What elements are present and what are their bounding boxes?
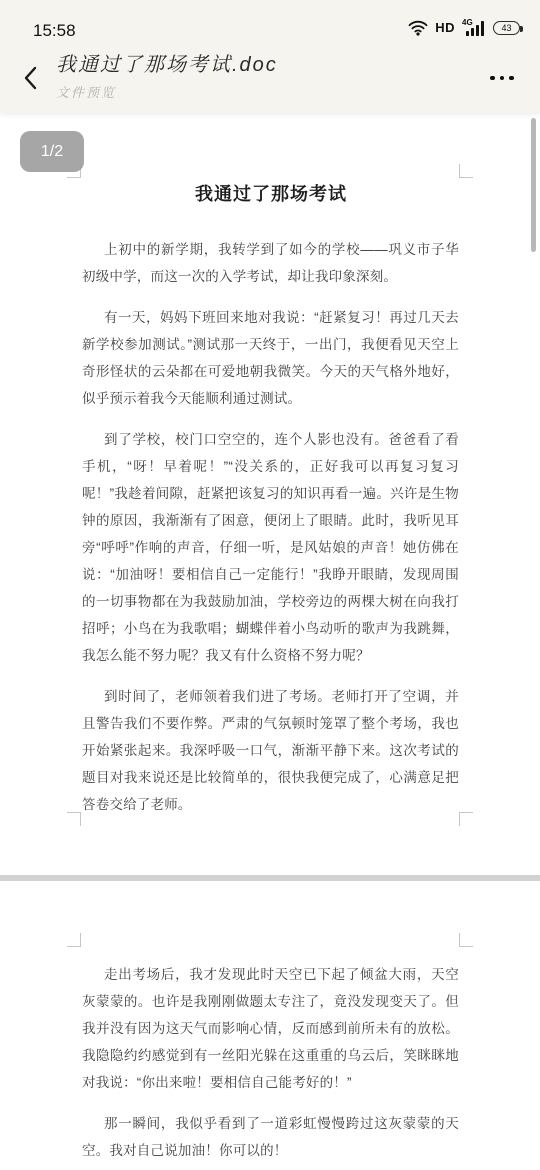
battery-icon: 43 bbox=[493, 21, 520, 35]
page1-corner-mark-bottom-right bbox=[459, 812, 473, 826]
scrollbar-thumb[interactable] bbox=[531, 118, 536, 252]
wifi-icon bbox=[408, 20, 428, 36]
page-indicator-badge: 1/2 bbox=[20, 131, 84, 172]
battery-nub bbox=[520, 26, 522, 32]
app-header: 我通过了那场考试.doc 文件预览 bbox=[0, 44, 540, 113]
document-filename: 我通过了那场考试.doc bbox=[56, 50, 278, 80]
paragraph: 那一瞬间，我似乎看到了一道彩虹慢慢跨过这灰蒙蒙的天空。我对自己说加油！你可以的！ bbox=[82, 1110, 459, 1164]
page1-corner-mark-bottom-left bbox=[67, 812, 81, 826]
paragraph: 上初中的新学期，我转学到了如今的学校——巩义市子华初级中学，而这一次的入学考试，… bbox=[82, 236, 459, 290]
paragraph: 到时间了，老师领着我们进了考场。老师打开了空调，并且警告我们不要作弊。严肃的气氛… bbox=[82, 683, 459, 818]
clock: 15:58 bbox=[33, 21, 76, 41]
file-preview-label: 文件预览 bbox=[56, 82, 278, 101]
page1-corner-mark-top-right bbox=[459, 164, 473, 178]
chevron-left-icon bbox=[24, 66, 37, 90]
header-titles: 我通过了那场考试.doc 文件预览 bbox=[56, 50, 278, 101]
top-bar: 15:58 HD 4G 43 bbox=[0, 0, 540, 113]
signal-icon: 4G bbox=[462, 19, 486, 36]
more-menu-button[interactable] bbox=[482, 64, 522, 92]
document-page-2: 走出考场后，我才发现此时天空已下起了倾盆大雨，天空灰蒙蒙的。也许是我刚刚做题太专… bbox=[0, 881, 540, 1164]
document-viewer[interactable]: 1/2 我通过了那场考试 上初中的新学期，我转学到了如今的学校——巩义市子华初级… bbox=[0, 113, 540, 1170]
document-page-1: 我通过了那场考试 上初中的新学期，我转学到了如今的学校——巩义市子华初级中学，而… bbox=[0, 180, 540, 818]
network-type-label: 4G bbox=[462, 18, 473, 27]
status-bar: 15:58 HD 4G 43 bbox=[0, 0, 540, 44]
back-button[interactable] bbox=[14, 60, 46, 96]
paragraph: 到了学校，校门口空空的，连个人影也没有。爸爸看了看手机，“呀！早着呢！”“没关系… bbox=[82, 426, 459, 669]
paragraph: 有一天，妈妈下班回来地对我说：“赶紧复习！再过几天去新学校参加测试。”测试那一天… bbox=[82, 304, 459, 412]
paragraph: 走出考场后，我才发现此时天空已下起了倾盆大雨，天空灰蒙蒙的。也许是我刚刚做题太专… bbox=[82, 961, 459, 1096]
battery-percent: 43 bbox=[501, 23, 511, 33]
more-dots-icon bbox=[490, 76, 495, 81]
document-title: 我通过了那场考试 bbox=[82, 180, 460, 208]
status-icons: HD 4G 43 bbox=[408, 19, 520, 36]
hd-icon: HD bbox=[435, 20, 455, 35]
